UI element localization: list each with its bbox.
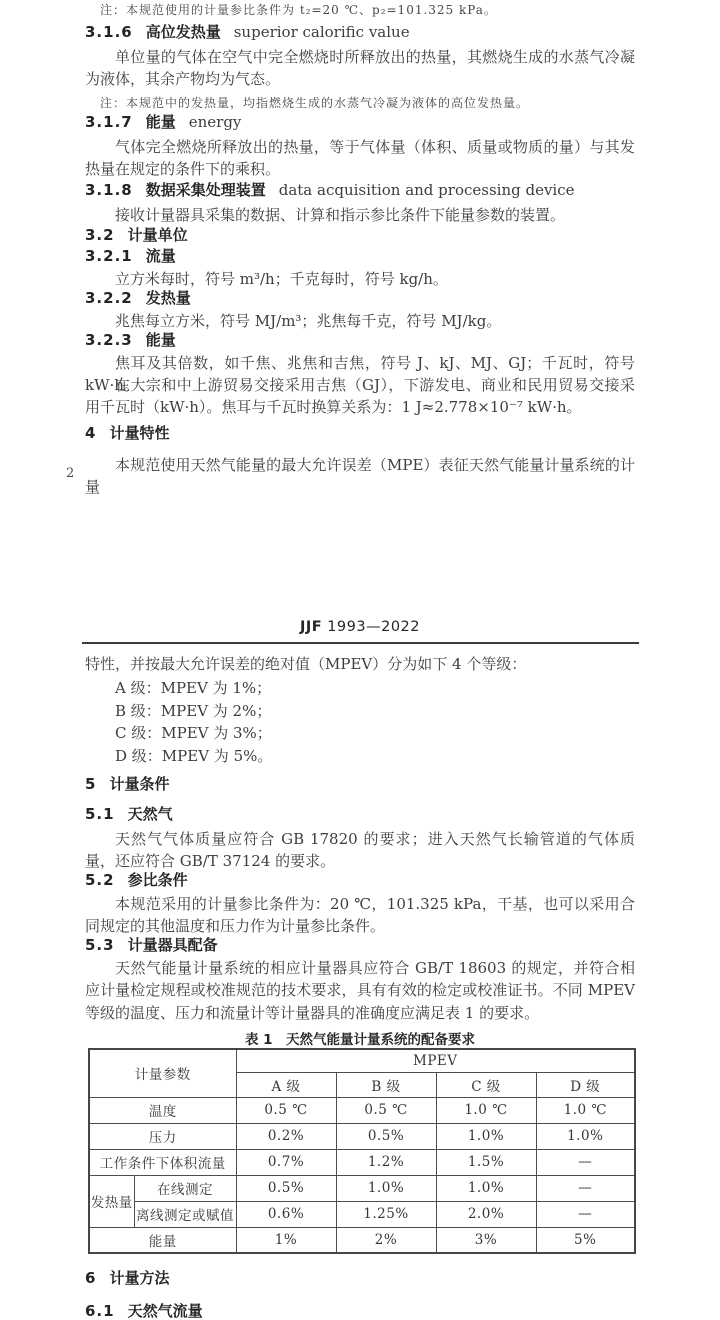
- table-row-pressure: 压力 0.2% 0.5% 1.0% 1.0%: [89, 1123, 635, 1149]
- clause-term: 流量: [146, 247, 176, 265]
- clause-term: 能量: [146, 331, 176, 349]
- cell-value: 1.2%: [336, 1149, 436, 1175]
- note-reference-conditions: 注：本规范使用的计量参比条件为 t₂=20 ℃、p₂=101.325 kPa。: [100, 3, 635, 18]
- clause-number: 6.1: [85, 1302, 115, 1320]
- clause-number: 5.2: [85, 871, 115, 889]
- page-number: 2: [66, 466, 74, 481]
- document-page: 注：本规范使用的计量参比条件为 t₂=20 ℃、p₂=101.325 kPa。 …: [0, 0, 720, 1320]
- clause-5-2-heading: 5.2参比条件: [85, 871, 635, 890]
- table-row-calorific-online: 发热量 在线测定 0.5% 1.0% 1.0% —: [89, 1175, 635, 1201]
- grade-a-item: A 级：MPEV 为 1%；: [115, 677, 635, 700]
- paragraph-5-3: 天然气能量计量系统的相应计量器具应符合 GB/T 18603 的规定，并符合相应…: [85, 957, 635, 1024]
- table-header-grade-c: C 级: [436, 1072, 536, 1097]
- cell-value: 3%: [436, 1227, 536, 1253]
- section-4-heading: 4计量特性: [85, 424, 635, 443]
- clause-5-1-heading: 5.1天然气: [85, 805, 635, 824]
- clause-number: 5.1: [85, 805, 115, 823]
- section-title: 计量特性: [109, 424, 169, 442]
- table-1-title: 表 1 天然气能量计量系统的配备要求: [85, 1028, 635, 1048]
- clause-term: 高位发热量: [146, 23, 221, 41]
- table-1: 计量参数 MPEV A 级 B 级 C 级 D 级 温度 0.5 ℃ 0.5 ℃…: [88, 1048, 636, 1254]
- paragraph-4-continued: 特性，并按最大允许误差的绝对值（MPEV）分为如下 4 个等级：: [85, 653, 635, 675]
- table-header-mpev: MPEV: [236, 1049, 635, 1072]
- clause-term: 计量单位: [128, 226, 188, 244]
- table-row-calorific-offline: 离线测定或赋值 0.6% 1.25% 2.0% —: [89, 1201, 635, 1227]
- clause-number: 3.1.6: [85, 23, 133, 41]
- cell-value: 5%: [536, 1227, 635, 1253]
- cell-value: 1.0%: [436, 1123, 536, 1149]
- clause-6-1-heading: 6.1天然气流量: [85, 1302, 635, 1320]
- cell-value: 1.0%: [436, 1175, 536, 1201]
- cell-value: 1.0 ℃: [536, 1097, 635, 1123]
- clause-term: 天然气: [128, 805, 173, 823]
- paragraph-3-2-2: 兆焦每立方米，符号 MJ/m³；兆焦每千克，符号 MJ/kg。: [85, 310, 635, 332]
- clause-term-english: data acquisition and processing device: [279, 181, 575, 199]
- clause-number: 3.2.1: [85, 247, 133, 265]
- clause-term: 能量: [146, 113, 176, 131]
- clause-number: 3.2.3: [85, 331, 133, 349]
- cell-value: 0.7%: [236, 1149, 336, 1175]
- grade-b-item: B 级：MPEV 为 2%；: [115, 700, 635, 723]
- paragraph-5-1: 天然气气体质量应符合 GB 17820 的要求；进入天然气长输管道的气体质量，还…: [85, 828, 635, 873]
- standard-code: JJF: [300, 619, 322, 635]
- grade-c-item: C 级：MPEV 为 3%；: [115, 722, 635, 745]
- row-label: 压力: [89, 1123, 236, 1149]
- clause-3-2-3-heading: 3.2.3能量: [85, 331, 635, 350]
- table-header-grade-b: B 级: [336, 1072, 436, 1097]
- note-calorific-value: 注：本规范中的发热量，均指燃烧生成的水蒸气冷凝为液体的高位发热量。: [100, 96, 635, 111]
- table-row-volume-flow: 工作条件下体积流量 0.7% 1.2% 1.5% —: [89, 1149, 635, 1175]
- clause-term-english: energy: [189, 113, 242, 131]
- section-number: 5: [85, 775, 96, 793]
- clause-term: 天然气流量: [128, 1302, 203, 1320]
- paragraph-3-1-6: 单位量的气体在空气中完全燃烧时所释放出的热量，其燃烧生成的水蒸气冷凝为液体，其余…: [85, 46, 635, 91]
- clause-3-2-2-heading: 3.2.2发热量: [85, 289, 635, 308]
- section-number: 6: [85, 1269, 96, 1287]
- grade-d-item: D 级：MPEV 为 5%。: [115, 745, 635, 768]
- cell-value: 2.0%: [436, 1201, 536, 1227]
- clause-3-2-1-heading: 3.2.1流量: [85, 247, 635, 266]
- table-header-parameter: 计量参数: [89, 1049, 236, 1097]
- clause-term: 数据采集处理装置: [146, 181, 266, 199]
- clause-3-1-6-heading: 3.1.6高位发热量superior calorific value: [85, 23, 635, 42]
- cell-value: 1.0%: [536, 1123, 635, 1149]
- paragraph-3-1-7: 气体完全燃烧所释放出的热量，等于气体量（体积、质量或物质的量）与其发热量在规定的…: [85, 136, 635, 181]
- mpev-grade-list: A 级：MPEV 为 1%； B 级：MPEV 为 2%； C 级：MPEV 为…: [115, 677, 635, 767]
- cell-value: 1.0%: [336, 1175, 436, 1201]
- clause-number: 5.3: [85, 936, 115, 954]
- cell-value: 0.5%: [236, 1175, 336, 1201]
- table-row-energy: 能量 1% 2% 3% 5%: [89, 1227, 635, 1253]
- standard-edition: 1993—2022: [327, 619, 420, 635]
- cell-value: 1%: [236, 1227, 336, 1253]
- section-6-heading: 6计量方法: [85, 1269, 635, 1288]
- clause-3-2-heading: 3.2计量单位: [85, 226, 635, 245]
- clause-term: 参比条件: [128, 871, 188, 889]
- cell-value: 0.6%: [236, 1201, 336, 1227]
- clause-number: 3.2.2: [85, 289, 133, 307]
- section-title: 计量方法: [109, 1269, 169, 1287]
- cell-value: —: [536, 1175, 635, 1201]
- table-row-temperature: 温度 0.5 ℃ 0.5 ℃ 1.0 ℃ 1.0 ℃: [89, 1097, 635, 1123]
- clause-term: 计量器具配备: [128, 936, 218, 954]
- paragraph-3-2-3-trade: 在大宗和中上游贸易交接采用吉焦（GJ），下游发电、商业和民用贸易交接采用千瓦时（…: [85, 374, 635, 419]
- cell-value: 1.25%: [336, 1201, 436, 1227]
- clause-term-english: superior calorific value: [234, 23, 410, 41]
- clause-5-3-heading: 5.3计量器具配备: [85, 936, 635, 955]
- cell-value: 0.5 ℃: [336, 1097, 436, 1123]
- row-label: 温度: [89, 1097, 236, 1123]
- cell-value: 1.5%: [436, 1149, 536, 1175]
- running-header: JJF1993—2022: [85, 619, 635, 635]
- paragraph-3-1-8: 接收计量器具采集的数据、计算和指示参比条件下能量参数的装置。: [85, 204, 635, 226]
- paragraph-5-2: 本规范采用的计量参比条件为：20 ℃，101.325 kPa，干基，也可以采用合…: [85, 893, 635, 938]
- row-group-label: 发热量: [89, 1175, 134, 1227]
- table-header-grade-a: A 级: [236, 1072, 336, 1097]
- clause-number: 3.1.8: [85, 181, 133, 199]
- cell-value: —: [536, 1201, 635, 1227]
- section-5-heading: 5计量条件: [85, 775, 635, 794]
- clause-3-1-8-heading: 3.1.8数据采集处理装置data acquisition and proces…: [85, 181, 635, 200]
- clause-3-1-7-heading: 3.1.7能量energy: [85, 113, 635, 132]
- cell-value: 1.0 ℃: [436, 1097, 536, 1123]
- header-rule: [82, 642, 639, 644]
- row-label: 离线测定或赋值: [134, 1201, 236, 1227]
- section-title: 计量条件: [109, 775, 169, 793]
- paragraph-4-intro: 本规范使用天然气能量的最大允许误差（MPE）表征天然气能量计量系统的计量: [85, 454, 635, 499]
- table-header-grade-d: D 级: [536, 1072, 635, 1097]
- clause-number: 3.2: [85, 226, 115, 244]
- paragraph-3-2-1: 立方米每时，符号 m³/h；千克每时，符号 kg/h。: [85, 268, 635, 290]
- section-number: 4: [85, 424, 96, 442]
- row-label: 在线测定: [134, 1175, 236, 1201]
- cell-value: —: [536, 1149, 635, 1175]
- cell-value: 0.5 ℃: [236, 1097, 336, 1123]
- clause-term: 发热量: [146, 289, 191, 307]
- row-label: 能量: [89, 1227, 236, 1253]
- cell-value: 0.2%: [236, 1123, 336, 1149]
- cell-value: 2%: [336, 1227, 436, 1253]
- row-label: 工作条件下体积流量: [89, 1149, 236, 1175]
- clause-number: 3.1.7: [85, 113, 133, 131]
- cell-value: 0.5%: [336, 1123, 436, 1149]
